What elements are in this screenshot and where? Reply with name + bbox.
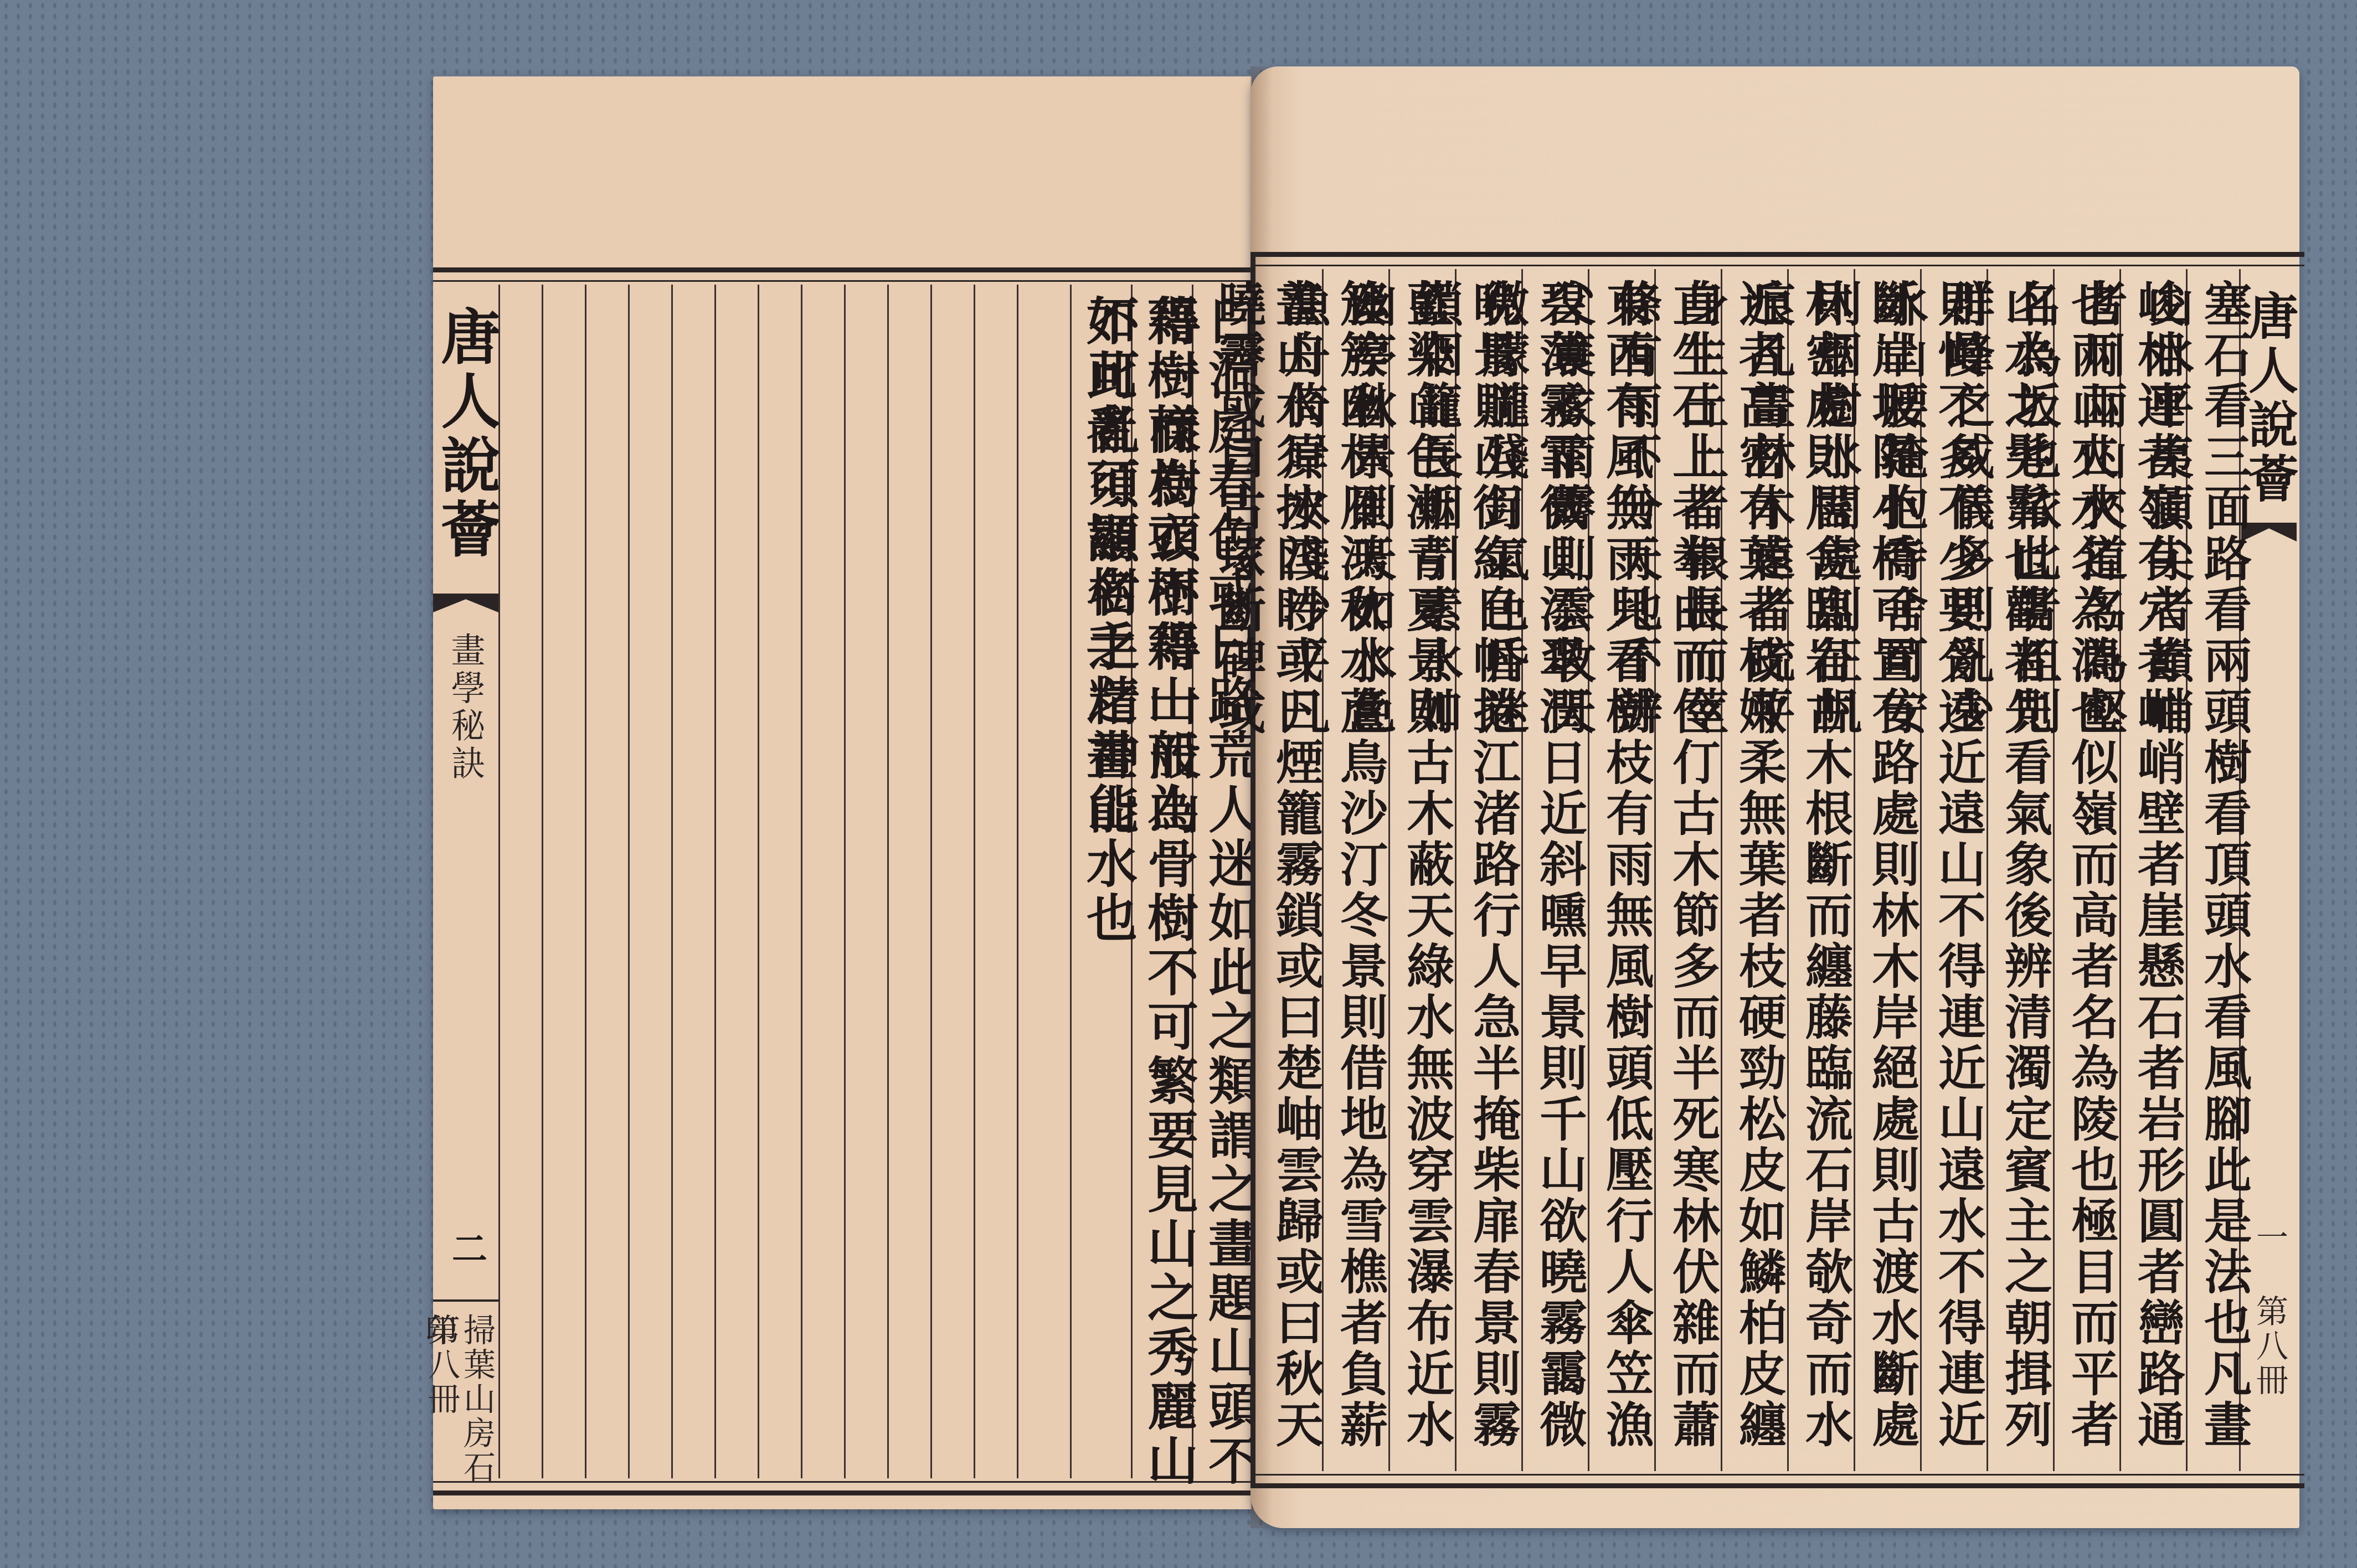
right-page: 唐人說薈 一 第八冊 塞石看三面路看兩頭樹看頂頭水看風腳此是法也凡畫山水平夷頂尖… xyxy=(1250,66,2299,1528)
volume-mark: 一 第八冊 xyxy=(2250,1220,2289,1397)
text-column: 簇簇幽林雁鴻秋水蘆鳥沙汀冬景則借地為雪樵者負薪漁舟倚岸水淺沙平凡 xyxy=(1322,279,1388,1483)
section-title: 畫學秘訣 xyxy=(443,632,487,783)
text-column: 近者高密有葉者枝嫩柔無葉者枝硬勁松皮如鱗柏皮纏身生土上者根長而莖 xyxy=(1721,279,1787,1483)
column-rule xyxy=(887,285,889,1478)
text-column: 畫山水須按四時或曰煙籠霧鎖或曰楚岫雲歸或曰秋天曉霽或曰古塚斷碑或 xyxy=(1258,279,1324,1483)
column-rule xyxy=(930,285,932,1478)
text-column: 直生石上者拳曲而伶仃古木節多而半死寒林伏雜而蕭條有雨不分天地不辨 xyxy=(1654,279,1721,1483)
publisher-mark: 掃葉山房石印 xyxy=(457,1313,496,1485)
left-page: 唐人說薈 畫學秘訣 二 掃葉山房石印 第八冊 曰洞庭春色或曰路荒人迷如此之類謂之… xyxy=(433,76,1252,1509)
column-rule xyxy=(671,285,673,1478)
fish-tail-ornament xyxy=(433,594,498,612)
text-column: 藉樹而為衣樹藉山而為骨樹不可繁要見山之秀麗山不可亂須顯樹之精神能 xyxy=(1132,295,1198,1490)
column-rule xyxy=(844,285,846,1478)
text-column: 山水之髣髴也觀者先看氣象後辨清濁定賓主之朝揖列群峰之威儀多則亂少 xyxy=(1987,279,2053,1483)
text-column: 東西有風無雨只看樹枝有雨無風樹頭低壓行人傘笠漁父簑衣雨霽則雲收天 xyxy=(1588,279,1654,1483)
spine-rule xyxy=(433,1299,498,1302)
text-column: 斷岸坂隄小橋可置有路處則林木岸絕處則古渡水斷處則烟樹水闊處則征帆 xyxy=(1854,279,1920,1483)
volume-mark: 第八冊 xyxy=(422,1313,461,1416)
book-title: 唐人說薈 xyxy=(433,306,498,563)
text-column: 則慢不多不少要分遠近遠山不得連近山遠水不得連近水山腰掩抱寺舍可安 xyxy=(1920,279,1987,1483)
column-rule xyxy=(585,285,586,1478)
column-rule xyxy=(1017,285,1018,1478)
text-column: 塞石看三面路看兩頭樹看頂頭水看風腳此是法也凡畫山水平夷頂尖者巔峭 xyxy=(2186,279,2252,1483)
text-column: 碧薄霧霏微山添翠潤日近斜曛早景則千山欲曉霧靄微微朦朧殘月氣色昏迷 xyxy=(1521,279,1588,1483)
column-rule xyxy=(714,285,716,1478)
text-column: 林密處則居舍臨岩古木根斷而纏藤臨流石岸欹奇而水痕凡畫林木遠者疏平 xyxy=(1787,279,1854,1483)
text-column: 峻相連者嶺有穴者岫峭壁者崖懸石者岩形圓者巒路通者川兩山夾道名為壑 xyxy=(2119,279,2186,1483)
column-rule xyxy=(498,285,500,1478)
column-rule xyxy=(542,285,543,1478)
column-rule xyxy=(974,285,975,1478)
column-rule xyxy=(628,285,630,1478)
column-rule xyxy=(801,285,802,1478)
text-column: 藍染山色漸青夏景則古木蔽天綠水無波穿雲瀑布近水幽亭秋景則天如水色 xyxy=(1388,279,1455,1483)
leaf-number: 二 xyxy=(444,1230,488,1266)
left-page-border: 唐人說薈 畫學秘訣 二 掃葉山房石印 第八冊 曰洞庭春色或曰路荒人迷如此之類謂之… xyxy=(433,267,1252,1495)
text-column: 如此者可謂名手之畫山水也 xyxy=(1071,295,1138,946)
text-column: 也兩山夾水名為澗也似嶺而高者名為陵也極目而平者名為坂也依此者粗則 xyxy=(2053,279,2119,1483)
column-rule xyxy=(758,285,759,1478)
left-page-spine: 唐人說薈 畫學秘訣 二 掃葉山房石印 第八冊 xyxy=(433,295,498,1485)
right-page-border: 唐人說薈 一 第八冊 塞石看三面路看兩頭樹看頂頭水看風腳此是法也凡畫山水平夷頂尖… xyxy=(1250,252,2304,1488)
text-column: 晚景則山銜紅日帆捲江渚路行人急半掩柴扉春景則霧鎖烟籠長烟引素水如 xyxy=(1455,279,1521,1483)
